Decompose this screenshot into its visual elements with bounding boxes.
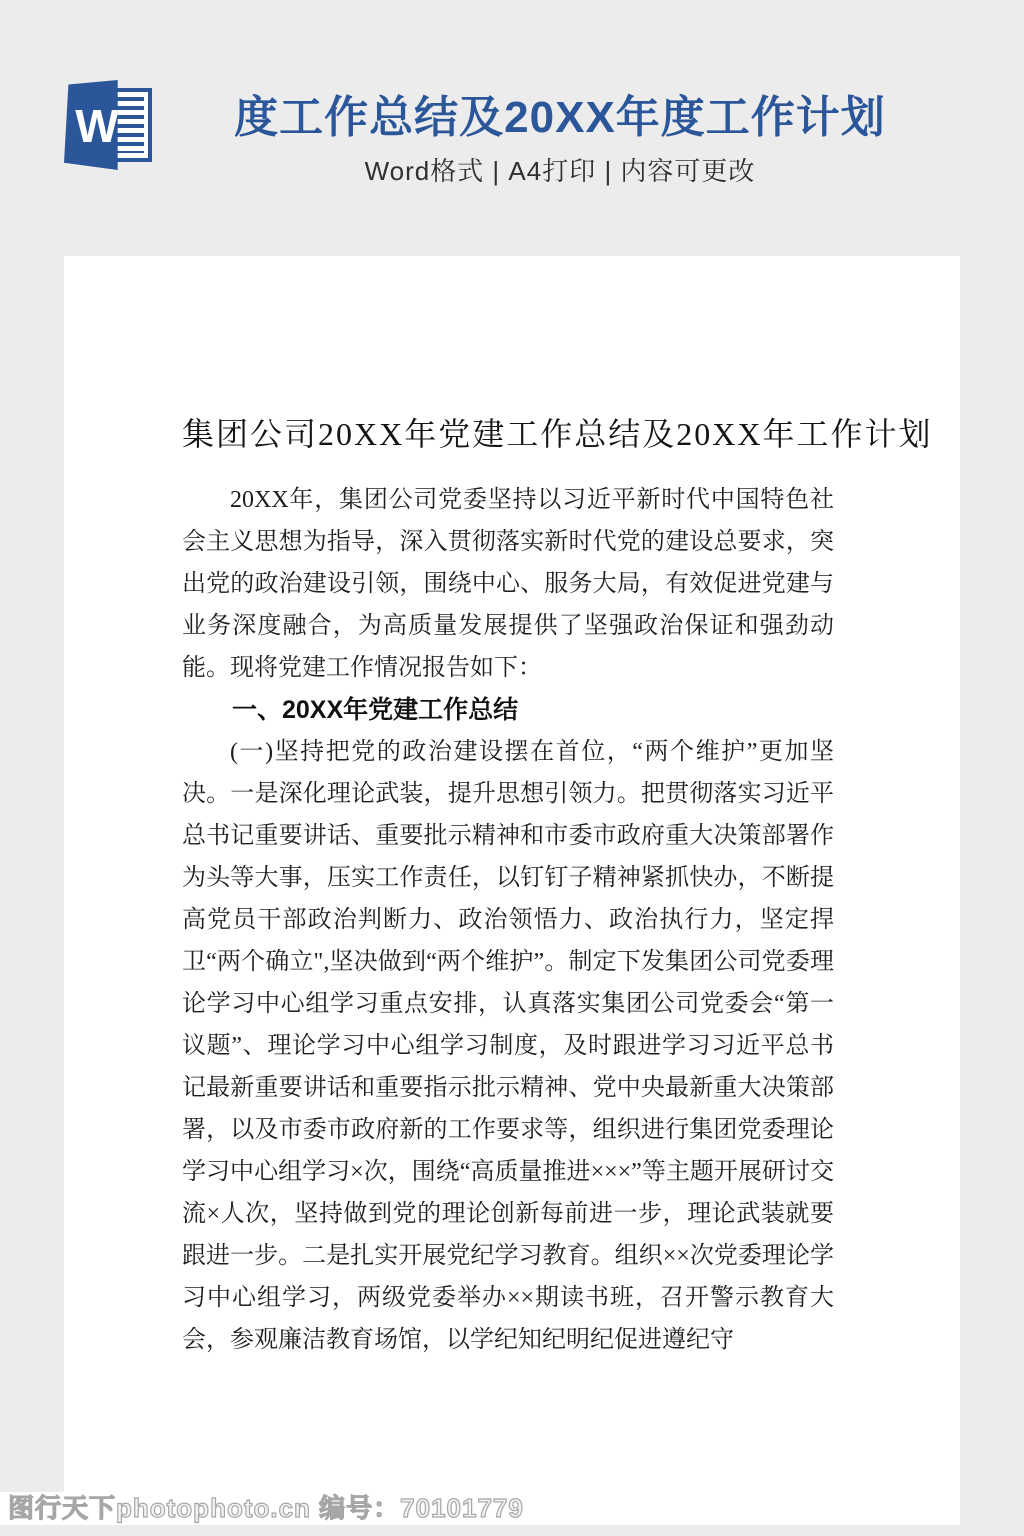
page-subtitle: Word格式 | A4打印 | 内容可更改	[170, 154, 950, 188]
word-logo-letter: W	[75, 103, 118, 149]
watermark-text: 图行天下photophoto.cn 编号：70101779	[8, 1492, 524, 1525]
word-logo-text-lines	[115, 97, 144, 153]
document-section-heading: 一、20XX年党建工作总结	[182, 689, 834, 731]
template-preview: W 度工作总结及20XX年度工作计划 Word格式 | A4打印 | 内容可更改…	[0, 0, 1024, 1536]
word-logo-icon: W	[64, 80, 152, 170]
document-paragraph-2: (一)坚持把党的政治建设摆在首位，“两个维护”更加坚决。一是深化理论武装，提升思…	[182, 731, 834, 1361]
document-title: 集团公司20XX年党建工作总结及20XX年工作计划	[182, 412, 834, 456]
document-paragraph-1: 20XX年，集团公司党委坚持以习近平新时代中国特色社会主义思想为指导，深入贯彻落…	[182, 479, 834, 689]
header: 度工作总结及20XX年度工作计划 Word格式 | A4打印 | 内容可更改	[170, 90, 950, 188]
page-title: 度工作总结及20XX年度工作计划	[170, 90, 950, 146]
document-page: 集团公司20XX年党建工作总结及20XX年工作计划 20XX年，集团公司党委坚持…	[64, 256, 960, 1522]
watermark-bar: 图行天下photophoto.cn 编号：70101779	[0, 1492, 960, 1525]
